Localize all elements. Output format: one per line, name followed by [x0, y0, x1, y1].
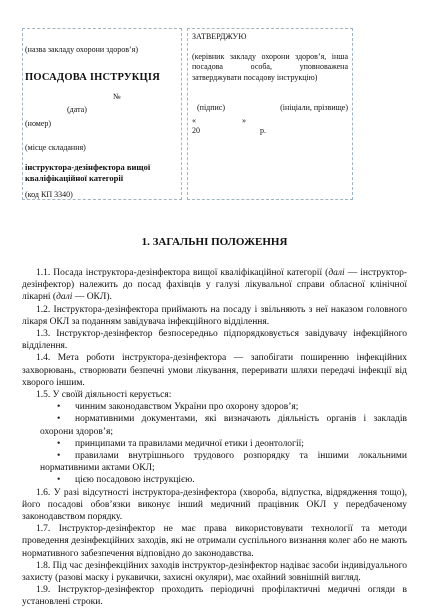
bullet-icon: •	[57, 401, 75, 413]
date-quotes-row: « »	[192, 116, 348, 127]
bullet-text: правилами внутрішнього трудового розпоря…	[40, 451, 407, 473]
paragraph-1-1-text-3: — ОКЛ).	[72, 292, 111, 302]
paragraph-1-9: 1.9. Інструктор-дезінфектор проходить пе…	[22, 584, 407, 608]
approve-title: ЗАТВЕРДЖУЮ	[192, 32, 348, 43]
document-page: (назва закладу охорони здоров’я) ПОСАДОВ…	[0, 0, 424, 611]
paragraph-1-1-italic-2: далі	[56, 292, 72, 302]
bullet-icon: •	[57, 474, 75, 486]
bullet-icon: •	[57, 438, 75, 450]
document-body: 1.1. Посада інструктора-дезінфектора вищ…	[22, 267, 407, 609]
section-heading: 1. ЗАГАЛЬНІ ПОЛОЖЕННЯ	[22, 236, 407, 248]
bullet-text: нормативними документами, які визначають…	[40, 414, 407, 436]
paragraph-1-6: 1.6. У разі відсутності інструктора-дезі…	[22, 487, 407, 524]
paragraph-1-4: 1.4. Мета роботи інструктора-дезінфектор…	[22, 352, 407, 389]
paragraph-1-8: 1.8. Під час дезінфекційних заходів інст…	[22, 560, 407, 584]
org-name-label: (назва закладу охорони здоров’я)	[25, 45, 179, 56]
position-name-line1: інструктора-дезінфектора вищої	[25, 162, 179, 173]
signature-row: (підпис) (ініціали, прізвище)	[192, 103, 348, 114]
header-cell-left: (назва закладу охорони здоров’я) ПОСАДОВ…	[22, 28, 182, 200]
quote-close: »	[242, 116, 246, 125]
paragraph-1-1-text: 1.1. Посада інструктора-дезінфектора вищ…	[36, 268, 328, 278]
header-table: (назва закладу охорони здоров’я) ПОСАДОВ…	[22, 28, 353, 200]
document-title: ПОСАДОВА ІНСТРУКЦІЯ	[25, 73, 179, 84]
paragraph-1-2: 1.2. Інструктора-дезінфектора приймають …	[22, 304, 407, 328]
year-suffix: р.	[260, 126, 266, 135]
paragraph-1-1-italic-1: далі	[328, 268, 344, 278]
bullet-item: •цією посадовою інструкцією.	[22, 474, 407, 486]
bullet-item: •нормативними документами, які визначают…	[22, 413, 407, 437]
bullet-item: •принципами та правилами медичної етики …	[22, 438, 407, 450]
initials-label: (ініціали, прізвище)	[280, 103, 348, 114]
number-label: (номер)	[25, 119, 179, 130]
year-row: 20 р.	[192, 126, 348, 137]
quote-open: «	[192, 116, 196, 125]
place-label: (місце складання)	[25, 143, 179, 154]
bullet-text: цією посадовою інструкцією.	[75, 475, 195, 485]
paragraph-1-5: 1.5. У своїй діяльності керується:	[22, 389, 407, 401]
bullet-text: принципами та правилами медичної етики і…	[75, 439, 304, 449]
profession-code-label: (код КП 3340)	[25, 190, 179, 201]
approver-note: (керівник закладу охорони здоров’я, інша…	[192, 52, 348, 84]
signature-label: (підпис)	[197, 103, 225, 114]
date-label: (дата)	[25, 105, 179, 116]
bullet-text: чинним законодавством України про охорон…	[75, 402, 298, 412]
bullet-item: •чинним законодавством України про охоро…	[22, 401, 407, 413]
header-cell-right: ЗАТВЕРДЖУЮ (керівник закладу охорони здо…	[187, 28, 353, 200]
position-name-line2: кваліфікаційної категорії	[25, 173, 179, 184]
year-prefix: 20	[192, 126, 200, 135]
paragraph-1-3: 1.3. Інструктор-дезінфектор безпосереднь…	[22, 328, 407, 352]
bullet-icon: •	[57, 450, 75, 462]
bullet-icon: •	[57, 413, 75, 425]
paragraph-1-1: 1.1. Посада інструктора-дезінфектора вищ…	[22, 267, 407, 304]
number-sign: №	[25, 92, 179, 103]
bullet-item: •правилами внутрішнього трудового розпор…	[22, 450, 407, 474]
paragraph-1-7: 1.7. Інструктор-дезінфектор не має права…	[22, 523, 407, 560]
position-name: інструктора-дезінфектора вищої кваліфіка…	[25, 162, 179, 184]
